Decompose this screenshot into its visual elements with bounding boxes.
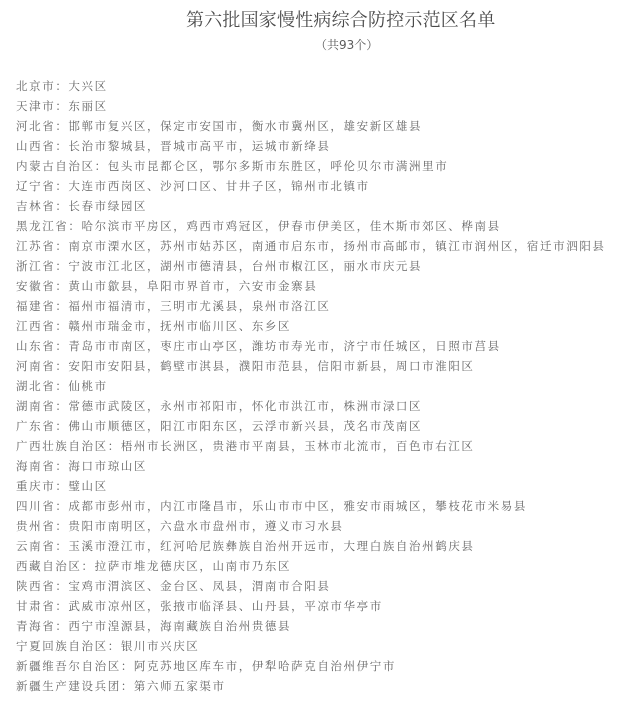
- area-names: 宝鸡市渭滨区、金台区、凤县，渭南市合阳县: [68, 579, 330, 593]
- list-item-zhejiang: 浙江省：宁波市江北区，湖州市德清县，台州市椒江区，丽水市庆元县: [16, 256, 606, 276]
- region-label: 安徽省: [16, 279, 55, 293]
- area-names: 拉萨市堆龙德庆区，山南市乃东区: [95, 559, 292, 573]
- region-label: 河南省: [16, 359, 55, 373]
- region-label: 内蒙古自治区: [16, 159, 95, 173]
- area-names: 仙桃市: [68, 379, 107, 393]
- area-names: 东丽区: [68, 99, 107, 113]
- separator: ：: [55, 239, 68, 253]
- list-item-xpcc: 新疆生产建设兵团：第六师五家渠市: [16, 676, 606, 696]
- region-label: 青海省: [16, 619, 55, 633]
- area-names: 玉溪市澄江市，红河哈尼族彝族自治州开远市，大理白族自治州鹤庆县: [68, 539, 474, 553]
- separator: ：: [55, 379, 68, 393]
- region-label: 福建省: [16, 299, 55, 313]
- list-item-guangdong: 广东省：佛山市顺德区，阳江市阳东区，云浮市新兴县，茂名市茂南区: [16, 416, 606, 436]
- separator: ：: [55, 359, 68, 373]
- list-item-chongqing: 重庆市：璧山区: [16, 476, 606, 496]
- region-label: 广西壮族自治区: [16, 439, 108, 453]
- list-item-beijing: 北京市：大兴区: [16, 76, 606, 96]
- area-names: 大连市西岗区、沙河口区、甘井子区，锦州市北镇市: [68, 179, 369, 193]
- area-names: 长春市绿园区: [68, 199, 147, 213]
- area-names: 璧山区: [68, 479, 107, 493]
- list-item-guangxi: 广西壮族自治区：梧州市长洲区，贵港市平南县，玉林市北流市，百色市右江区: [16, 436, 606, 456]
- region-label: 广东省: [16, 419, 55, 433]
- list-item-hunan: 湖南省：常德市武陵区，永州市祁阳市，怀化市洪江市，株洲市渌口区: [16, 396, 606, 416]
- separator: ：: [55, 79, 68, 93]
- list-item-hainan: 海南省：海口市琼山区: [16, 456, 606, 476]
- separator: ：: [55, 339, 68, 353]
- region-label: 江苏省: [16, 239, 55, 253]
- area-names: 宁波市江北区，湖州市德清县，台州市椒江区，丽水市庆元县: [68, 259, 422, 273]
- area-names: 阿克苏地区库车市，伊犁哈萨克自治州伊宁市: [134, 659, 396, 673]
- area-names: 赣州市瑞金市，抚州市临川区、东乡区: [68, 319, 291, 333]
- list-item-guizhou: 贵州省：贵阳市南明区，六盘水市盘州市，遵义市习水县: [16, 516, 606, 536]
- area-names: 贵阳市南明区，六盘水市盘州市，遵义市习水县: [68, 519, 343, 533]
- separator: ：: [121, 679, 134, 693]
- region-label: 湖北省: [16, 379, 55, 393]
- list-item-henan: 河南省：安阳市安阳县，鹤壁市淇县，濮阳市范县，信阳市新县，周口市淮阳区: [16, 356, 606, 376]
- separator: ：: [108, 639, 121, 653]
- area-names: 银川市兴庆区: [121, 639, 200, 653]
- list-item-yunnan: 云南省：玉溪市澄江市，红河哈尼族彝族自治州开远市，大理白族自治州鹤庆县: [16, 536, 606, 556]
- region-label: 辽宁省: [16, 179, 55, 193]
- list-item-gansu: 甘肃省：武威市凉州区，张掖市临泽县、山丹县，平凉市华亭市: [16, 596, 606, 616]
- area-names: 大兴区: [68, 79, 107, 93]
- list-item-jilin: 吉林省：长春市绿园区: [16, 196, 606, 216]
- area-names: 成都市彭州市，内江市隆昌市，乐山市市中区，雅安市雨城区，攀枝花市米易县: [68, 499, 527, 513]
- area-names: 第六师五家渠市: [134, 679, 226, 693]
- region-label: 新疆生产建设兵团: [16, 679, 121, 693]
- area-names: 武威市凉州区，张掖市临泽县、山丹县，平凉市华亭市: [68, 599, 382, 613]
- region-label: 新疆维吾尔自治区: [16, 659, 121, 673]
- region-label: 云南省: [16, 539, 55, 553]
- list-item-heilongjiang: 黑龙江省：哈尔滨市平房区，鸡西市鸡冠区，伊春市伊美区，佳木斯市郊区、桦南县: [16, 216, 606, 236]
- region-label: 宁夏回族自治区: [16, 639, 108, 653]
- list-item-shanxi: 山西省：长治市黎城县，晋城市高平市，运城市新绛县: [16, 136, 606, 156]
- list-item-qinghai: 青海省：西宁市湟源县，海南藏族自治州贵德县: [16, 616, 606, 636]
- region-label: 陕西省: [16, 579, 55, 593]
- area-names: 梧州市长洲区，贵港市平南县，玉林市北流市，百色市右江区: [121, 439, 475, 453]
- region-label: 天津市: [16, 99, 55, 113]
- region-label: 西藏自治区: [16, 559, 82, 573]
- separator: ：: [55, 399, 68, 413]
- list-item-tianjin: 天津市：东丽区: [16, 96, 606, 116]
- area-names: 包头市昆都仑区，鄂尔多斯市东胜区，呼伦贝尔市满洲里市: [108, 159, 449, 173]
- separator: ：: [95, 159, 108, 173]
- separator: ：: [55, 199, 68, 213]
- separator: ：: [55, 499, 68, 513]
- separator: ：: [55, 299, 68, 313]
- list-item-xinjiang: 新疆维吾尔自治区：阿克苏地区库车市，伊犁哈萨克自治州伊宁市: [16, 656, 606, 676]
- separator: ：: [55, 279, 68, 293]
- region-label: 河北省: [16, 119, 55, 133]
- region-label: 湖南省: [16, 399, 55, 413]
- list-item-shandong: 山东省：青岛市市南区，枣庄市山亭区，潍坊市寿光市，济宁市任城区，日照市莒县: [16, 336, 606, 356]
- list-item-anhui: 安徽省：黄山市歙县，阜阳市界首市，六安市金寨县: [16, 276, 606, 296]
- separator: ：: [68, 219, 81, 233]
- demonstration-area-list: 北京市：大兴区 天津市：东丽区 河北省：邯郸市复兴区，保定市安国市，衡水市冀州区…: [16, 76, 606, 696]
- region-label: 山东省: [16, 339, 55, 353]
- area-names: 佛山市顺德区，阳江市阳东区，云浮市新兴县，茂名市茂南区: [68, 419, 422, 433]
- list-item-hubei: 湖北省：仙桃市: [16, 376, 606, 396]
- separator: ：: [55, 479, 68, 493]
- list-item-tibet: 西藏自治区：拉萨市堆龙德庆区，山南市乃东区: [16, 556, 606, 576]
- area-names: 安阳市安阳县，鹤壁市淇县，濮阳市范县，信阳市新县，周口市淮阳区: [68, 359, 474, 373]
- area-names: 西宁市湟源县，海南藏族自治州贵德县: [68, 619, 291, 633]
- area-names: 青岛市市南区，枣庄市山亭区，潍坊市寿光市，济宁市任城区，日照市莒县: [68, 339, 500, 353]
- separator: ：: [55, 599, 68, 613]
- area-names: 黄山市歙县，阜阳市界首市，六安市金寨县: [68, 279, 317, 293]
- list-item-jiangsu: 江苏省：南京市溧水区，苏州市姑苏区，南通市启东市，扬州市高邮市，镇江市润州区，宿…: [16, 236, 606, 256]
- separator: ：: [55, 519, 68, 533]
- list-item-shaanxi: 陕西省：宝鸡市渭滨区、金台区、凤县，渭南市合阳县: [16, 576, 606, 596]
- separator: ：: [55, 459, 68, 473]
- region-label: 江西省: [16, 319, 55, 333]
- separator: ：: [121, 659, 134, 673]
- list-item-sichuan: 四川省：成都市彭州市，内江市隆昌市，乐山市市中区，雅安市雨城区，攀枝花市米易县: [16, 496, 606, 516]
- area-names: 福州市福清市，三明市尤溪县，泉州市洛江区: [68, 299, 330, 313]
- area-names: 常德市武陵区，永州市祁阳市，怀化市洪江市，株洲市渌口区: [68, 399, 422, 413]
- page-title: 第六批国家慢性病综合防控示范区名单: [0, 9, 621, 33]
- separator: ：: [55, 179, 68, 193]
- separator: ：: [108, 439, 121, 453]
- area-names: 海口市琼山区: [68, 459, 147, 473]
- list-item-fujian: 福建省：福州市福清市，三明市尤溪县，泉州市洛江区: [16, 296, 606, 316]
- list-item-inner-mongolia: 内蒙古自治区：包头市昆都仑区，鄂尔多斯市东胜区，呼伦贝尔市满洲里市: [16, 156, 606, 176]
- separator: ：: [55, 619, 68, 633]
- region-label: 甘肃省: [16, 599, 55, 613]
- region-label: 海南省: [16, 459, 55, 473]
- region-label: 浙江省: [16, 259, 55, 273]
- separator: ：: [55, 539, 68, 553]
- region-label: 四川省: [16, 499, 55, 513]
- area-names: 南京市溧水区，苏州市姑苏区，南通市启东市，扬州市高邮市，镇江市润州区，宿迁市泗阳…: [68, 239, 605, 253]
- page-subtitle-count: （共93个）: [0, 37, 621, 53]
- separator: ：: [55, 139, 68, 153]
- list-item-liaoning: 辽宁省：大连市西岗区、沙河口区、甘井子区，锦州市北镇市: [16, 176, 606, 196]
- list-item-ningxia: 宁夏回族自治区：银川市兴庆区: [16, 636, 606, 656]
- separator: ：: [55, 319, 68, 333]
- separator: ：: [55, 579, 68, 593]
- region-label: 贵州省: [16, 519, 55, 533]
- area-names: 长治市黎城县，晋城市高平市，运城市新绛县: [68, 139, 330, 153]
- separator: ：: [55, 99, 68, 113]
- region-label: 山西省: [16, 139, 55, 153]
- separator: ：: [55, 119, 68, 133]
- area-names: 邯郸市复兴区，保定市安国市，衡水市冀州区，雄安新区雄县: [68, 119, 422, 133]
- region-label: 北京市: [16, 79, 55, 93]
- area-names: 哈尔滨市平房区，鸡西市鸡冠区，伊春市伊美区，佳木斯市郊区、桦南县: [82, 219, 501, 233]
- region-label: 吉林省: [16, 199, 55, 213]
- separator: ：: [55, 419, 68, 433]
- list-item-jiangxi: 江西省：赣州市瑞金市，抚州市临川区、东乡区: [16, 316, 606, 336]
- region-label: 重庆市: [16, 479, 55, 493]
- list-item-hebei: 河北省：邯郸市复兴区，保定市安国市，衡水市冀州区，雄安新区雄县: [16, 116, 606, 136]
- region-label: 黑龙江省: [16, 219, 68, 233]
- separator: ：: [55, 259, 68, 273]
- separator: ：: [82, 559, 95, 573]
